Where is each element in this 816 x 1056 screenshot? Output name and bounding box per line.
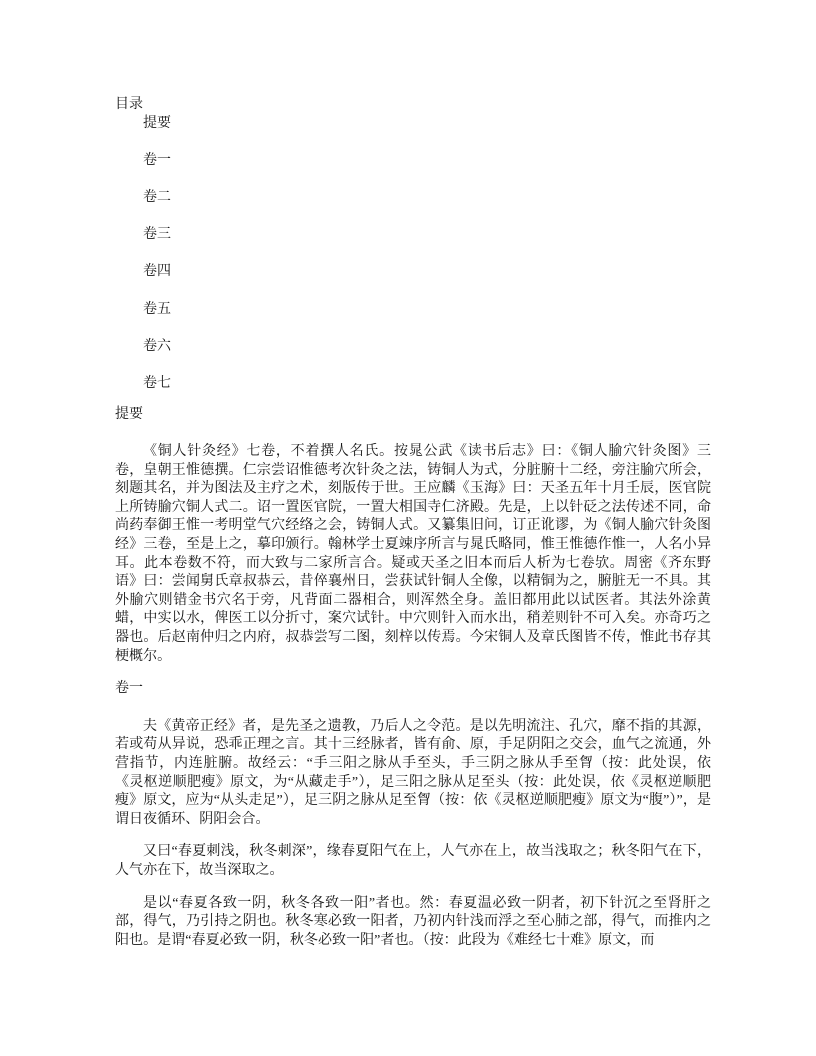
section-heading-tiyao: 提要 — [115, 406, 711, 425]
toc-item-juan-6: 卷六 — [115, 338, 711, 357]
toc-item-juan-4: 卷四 — [115, 263, 711, 282]
paragraph: 夫《黄帝正经》者，是先圣之遗教，乃后人之令范。是以先明流注、孔穴，靡不指的其源，… — [115, 718, 711, 830]
document-page: 目录 提要 卷一 卷二 卷三 卷四 卷五 卷六 卷七 提要 《铜人针灸经》七卷，… — [115, 96, 711, 964]
toc-item-juan-1: 卷一 — [115, 152, 711, 171]
toc-title: 目录 — [115, 96, 711, 115]
paragraph: 是以“春夏各致一阴，秋冬各致一阳”者也。然：春夏温必致一阴者，初下针沉之至肾肝之… — [115, 895, 711, 951]
section-heading-juan-1: 卷一 — [115, 680, 711, 699]
toc-item-juan-2: 卷二 — [115, 189, 711, 208]
toc-item-juan-7: 卷七 — [115, 375, 711, 394]
section-tiyao: 提要 《铜人针灸经》七卷，不着撰人名氏。按晁公武《读书后志》曰：《铜人腧穴针灸图… — [115, 406, 711, 667]
paragraph: 《铜人针灸经》七卷，不着撰人名氏。按晁公武《读书后志》曰：《铜人腧穴针灸图》三卷… — [115, 443, 711, 666]
table-of-contents: 目录 提要 卷一 卷二 卷三 卷四 卷五 卷六 卷七 — [115, 96, 711, 394]
section-juan-1: 卷一 夫《黄帝正经》者，是先圣之遗教，乃后人之令范。是以先明流注、孔穴，靡不指的… — [115, 680, 711, 950]
toc-item-juan-3: 卷三 — [115, 226, 711, 245]
paragraph: 又曰“春夏刺浅，秋冬刺深”，缘春夏阳气在上，人气亦在上，故当浅取之；秋冬阳气在下… — [115, 843, 711, 880]
toc-item-tiyao: 提要 — [115, 115, 711, 134]
toc-item-juan-5: 卷五 — [115, 301, 711, 320]
